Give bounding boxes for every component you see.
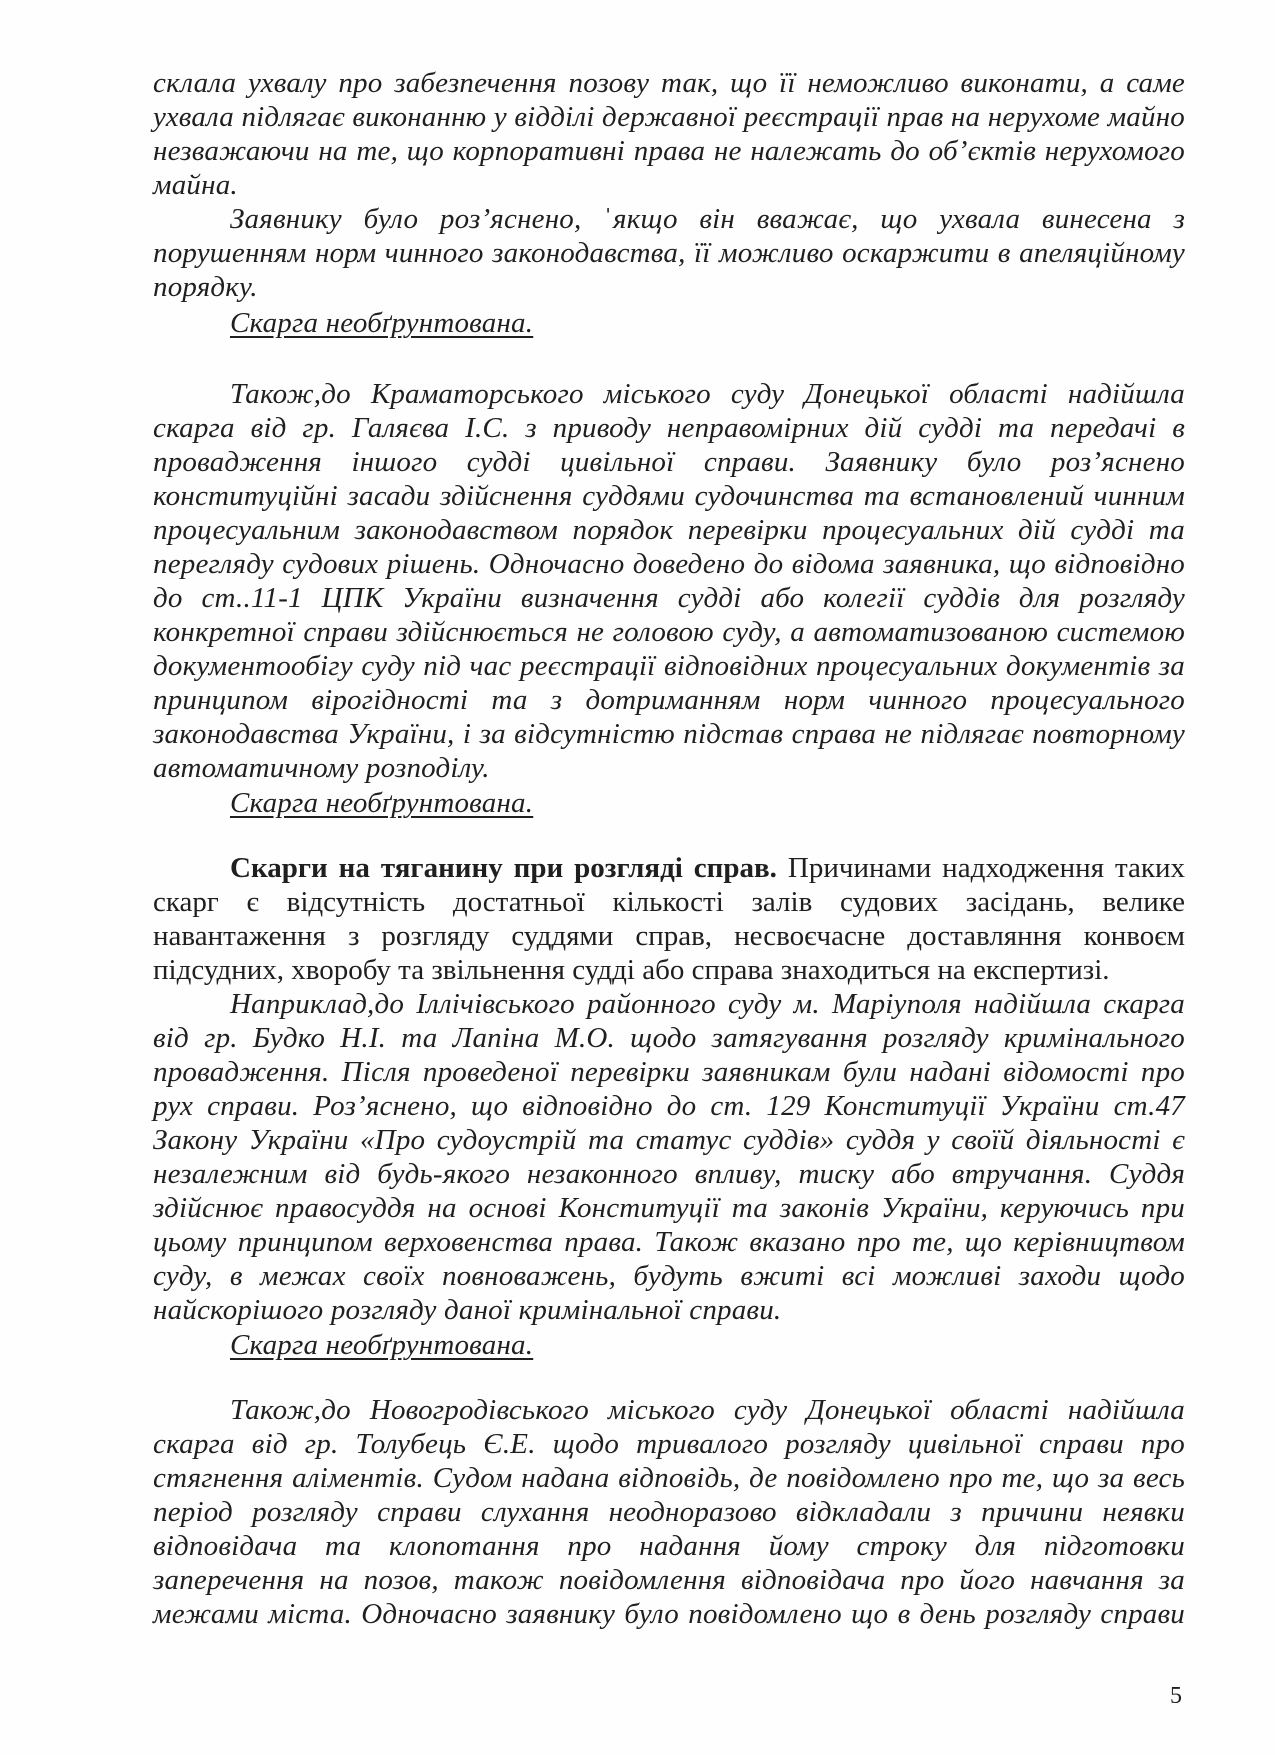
text-line: межами міста. Одночасно заявнику було по… [153,1597,1185,1631]
text-line: конкретної справи здійснюється не голово… [153,615,1185,649]
text-line: порушенням норм чинного законодавства, ї… [153,236,1185,270]
text-line: скарга від гр. Галяєва І.С. з приводу не… [153,411,1185,445]
text-line: здійснює правосуддя на основі Конституці… [153,1191,1185,1225]
text-line: заперечення на позов, також повідомлення… [153,1563,1185,1597]
text-line: законодавства України, і за відсутністю … [153,717,1185,751]
text-line: до ст..11-1 ЦПК України визначення судді… [153,581,1185,615]
verdict-text: Скарга необґрунтована. [230,786,1185,820]
text-line: Наприклад,до Іллічівського районного суд… [230,987,1185,1021]
text-line: автоматичному розподілу. [153,751,1185,785]
text-line: найскорішого розгляду даної кримінальної… [153,1293,1185,1327]
text-line: склала ухвалу про забезпечення позову та… [153,66,1185,100]
verdict-text: Скарга необґрунтована. [230,1328,1185,1362]
document-page: склала ухвалу про забезпечення позову та… [0,0,1275,1755]
text-line: конституційні засади здійснення суддями … [153,479,1185,513]
section-heading: Скарги на тяганину при розгляді справ. [230,852,777,884]
section-first-line: Скарги на тяганину при розгляді справ. П… [230,851,1185,885]
text-line: провадження. Після проведеної перевірки … [153,1055,1185,1089]
text-line: провадження іншого судді цивільної справ… [153,445,1185,479]
text-line: принципом вірогідності та з дотриманням … [153,683,1185,717]
text-line: суду, в межах своїх повноважень, будуть … [153,1259,1185,1293]
text-line: порядку. [153,270,1185,304]
text-line: скарга від гр. Толубець Є.Е. щодо тривал… [153,1427,1185,1461]
text-line: Також,до Новогродівського міського суду … [230,1393,1185,1427]
text-line: рух справи. Роз’яснено, що відповідно до… [153,1089,1185,1123]
text-line: Заявнику було роз’яснено, ˈякщо він вваж… [230,202,1185,236]
text-line: навантаження з розгляду суддями справ, н… [153,919,1185,953]
text-line: скарг є відсутність достатньої кількості… [153,885,1185,919]
text-line: Закону України «Про судоустрій та статус… [153,1123,1185,1157]
text-line: незважаючи на те, що корпоративні права … [153,134,1185,168]
text-line: незалежним від будь-якого незаконного вп… [153,1157,1185,1191]
page-number: 5 [1170,1683,1182,1710]
text-line: ухвала підлягає виконанню у відділі держ… [153,100,1185,134]
verdict-text: Скарга необґрунтована. [230,306,1185,340]
text-line: майна. [153,168,1185,202]
text-line: документообігу суду під час реєстрації в… [153,649,1185,683]
text-line: період розгляду справи слухання неоднора… [153,1495,1185,1529]
text-line: перегляду судових рішень. Одночасно дове… [153,547,1185,581]
text-line: Також,до Краматорського міського суду До… [230,377,1185,411]
text-line: процесуальним законодавством порядок пер… [153,513,1185,547]
text-line: від гр. Будко Н.І. та Лапіна М.О. щодо з… [153,1021,1185,1055]
text-line: цьому принципом верховенства права. Тако… [153,1225,1185,1259]
text-line: підсудних, хворобу та звільнення судді а… [153,953,1185,987]
text-line: стягнення аліментів. Судом надана відпов… [153,1461,1185,1495]
text-line: відповідача та клопотання про надання йо… [153,1529,1185,1563]
